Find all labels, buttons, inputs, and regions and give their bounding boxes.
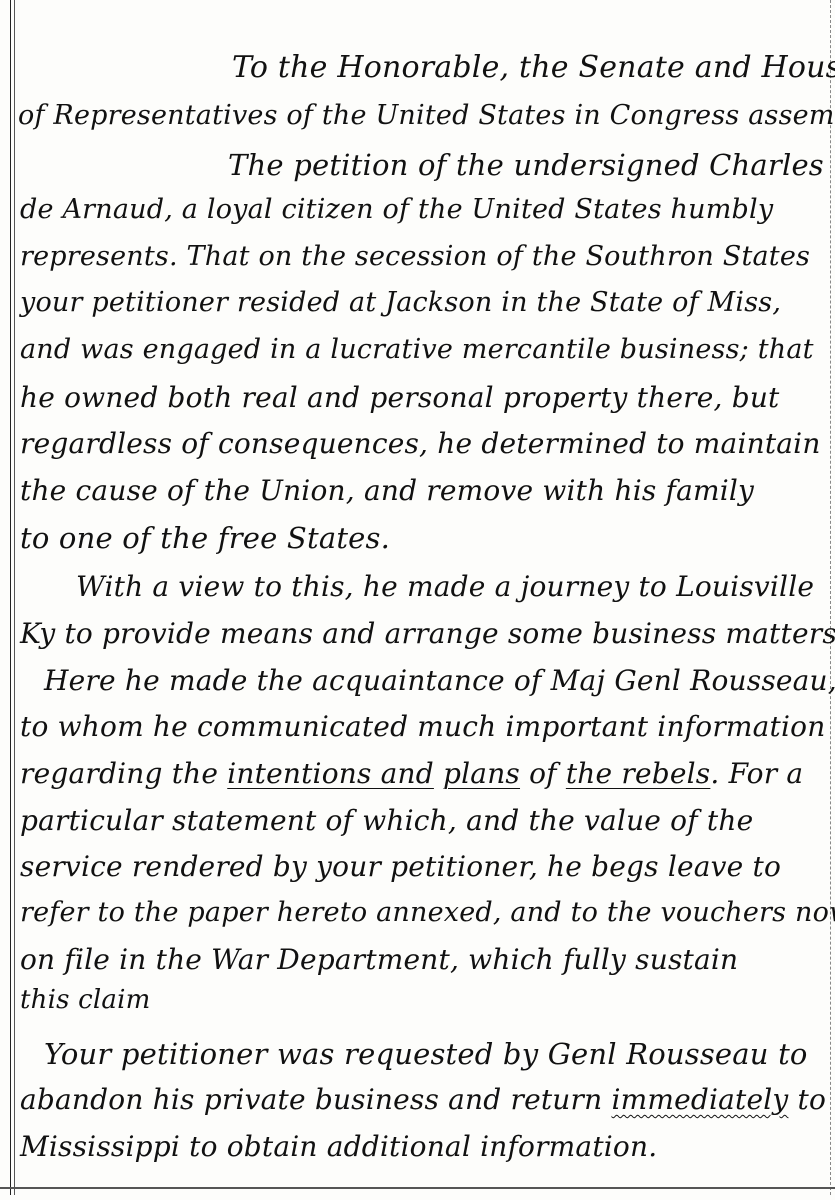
text-span: . For a [710,757,803,790]
underlined-text: the rebels [566,757,711,790]
text-span: of [520,757,566,790]
left-margin-rule-inner [14,0,15,1195]
underlined-text: immediately [611,1083,788,1116]
bottom-rule [0,1187,835,1189]
text-span: to [788,1083,826,1116]
text-line-15: particular statement of which, and the v… [20,804,753,837]
text-span: regarding the [20,757,227,790]
right-page-edge [829,0,831,1195]
text-line-4: your petitioner resided at Jackson in th… [20,287,781,318]
address-line-1: To the Honorable, the Senate and House [232,50,835,85]
text-line-2: de Arnaud, a loyal citizen of the United… [20,194,773,225]
text-line-5: and was engaged in a lucrative mercantil… [20,334,814,365]
left-margin-rule [10,0,11,1195]
document-page: To the Honorable, the Senate and House o… [0,0,835,1200]
address-line-2: of Representatives of the United States … [18,100,835,131]
text-line-11: Ky to provide means and arrange some bus… [20,617,835,650]
underlined-text: intentions and [227,757,434,790]
text-line-21: abandon his private business and return … [20,1083,826,1116]
text-line-13: to whom he communicated much important i… [20,710,825,743]
text-line-18: on file in the War Department, which ful… [20,943,738,976]
text-line-14: regarding the intentions and plans of th… [20,757,803,790]
text-line-12: Here he made the acquaintance of Maj Gen… [44,664,835,697]
text-span: abandon his private business and return [20,1083,611,1116]
text-line-3: represents. That on the secession of the… [20,241,810,272]
underlined-text: plans [443,757,520,790]
text-line-16: service rendered by your petitioner, he … [20,850,781,883]
text-line-9: to one of the free States. [20,521,390,555]
text-line-6: he owned both real and personal property… [20,381,780,414]
text-line-22: Mississippi to obtain additional informa… [20,1130,657,1163]
text-line-10: With a view to this, he made a journey t… [76,570,814,603]
text-line-1: The petition of the undersigned Charles [228,148,824,182]
text-line-7: regardless of consequences, he determine… [20,427,821,460]
text-line-19: this claim [20,985,150,1015]
text-line-17: refer to the paper hereto annexed, and t… [20,897,835,928]
text-line-20: Your petitioner was requested by Genl Ro… [44,1037,808,1071]
text-span [434,757,443,790]
text-line-8: the cause of the Union, and remove with … [20,474,754,507]
